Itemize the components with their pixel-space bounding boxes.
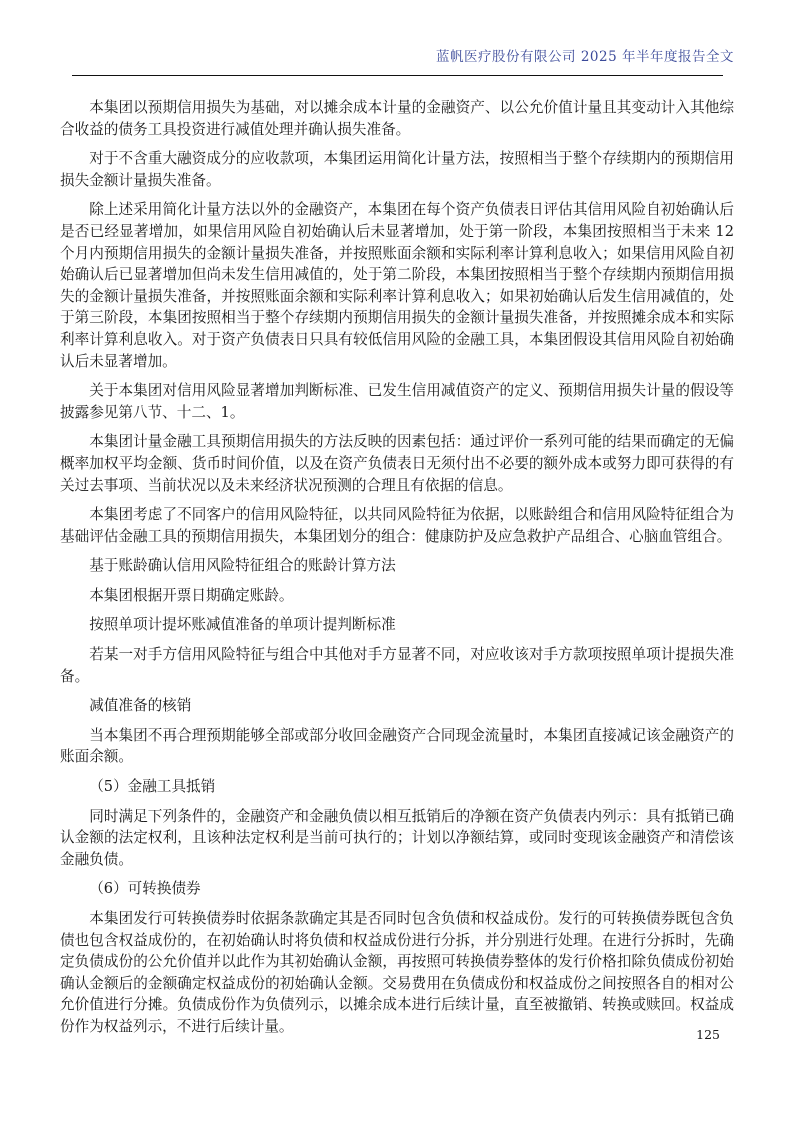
section-heading-5-offsetting: （5）金融工具抵销 — [60, 776, 734, 798]
section-subheading-individual-provision: 按照单项计提坏账减值准备的单项计提判断标准 — [60, 614, 734, 636]
section-subheading-aging-method: 基于账龄确认信用风险特征组合的账龄计算方法 — [60, 555, 734, 577]
paragraph: 本集团以预期信用损失为基础，对以摊余成本计量的金融资产、以公允价值计量且其变动计… — [60, 97, 734, 140]
paragraph: 除上述采用简化计量方法以外的金融资产，本集团在每个资产负债表日评估其信用风险自初… — [60, 199, 734, 372]
paragraph: 关于本集团对信用风险显著增加判断标准、已发生信用减值资产的定义、预期信用损失计量… — [60, 380, 734, 423]
paragraph: 本集团考虑了不同客户的信用风险特征，以共同风险特征为依据，以账龄组合和信用风险特… — [60, 504, 734, 547]
header-divider — [72, 75, 723, 76]
paragraph: 若某一对手方信用风险特征与组合中其他对手方显著不同，对应收该对手方款项按照单项计… — [60, 644, 734, 687]
page-header-title: 蓝帆医疗股份有限公司 2025 年半年度报告全文 — [60, 49, 734, 66]
paragraph: 本集团计量金融工具预期信用损失的方法反映的因素包括：通过评价一系列可能的结果而确… — [60, 431, 734, 496]
paragraph: 本集团根据开票日期确定账龄。 — [60, 585, 734, 607]
section-subheading-writeoff: 减值准备的核销 — [60, 695, 734, 717]
document-page: 蓝帆医疗股份有限公司 2025 年半年度报告全文 本集团以预期信用损失为基础，对… — [0, 0, 794, 1123]
document-body: 本集团以预期信用损失为基础，对以摊余成本计量的金融资产、以公允价值计量且其变动计… — [60, 97, 734, 1038]
paragraph: 对于不含重大融资成分的应收款项，本集团运用简化计量方法，按照相当于整个存续期内的… — [60, 148, 734, 191]
section-heading-6-convertible-bonds: （6）可转换债券 — [60, 878, 734, 900]
paragraph: 当本集团不再合理预期能够全部或部分收回金融资产合同现金流量时，本集团直接减记该金… — [60, 725, 734, 768]
paragraph: 同时满足下列条件的，金融资产和金融负债以相互抵销后的净额在资产负债表内列示：具有… — [60, 806, 734, 871]
paragraph: 本集团发行可转换债券时依据条款确定其是否同时包含负债和权益成份。发行的可转换债券… — [60, 908, 734, 1038]
page-number: 125 — [696, 1027, 720, 1042]
